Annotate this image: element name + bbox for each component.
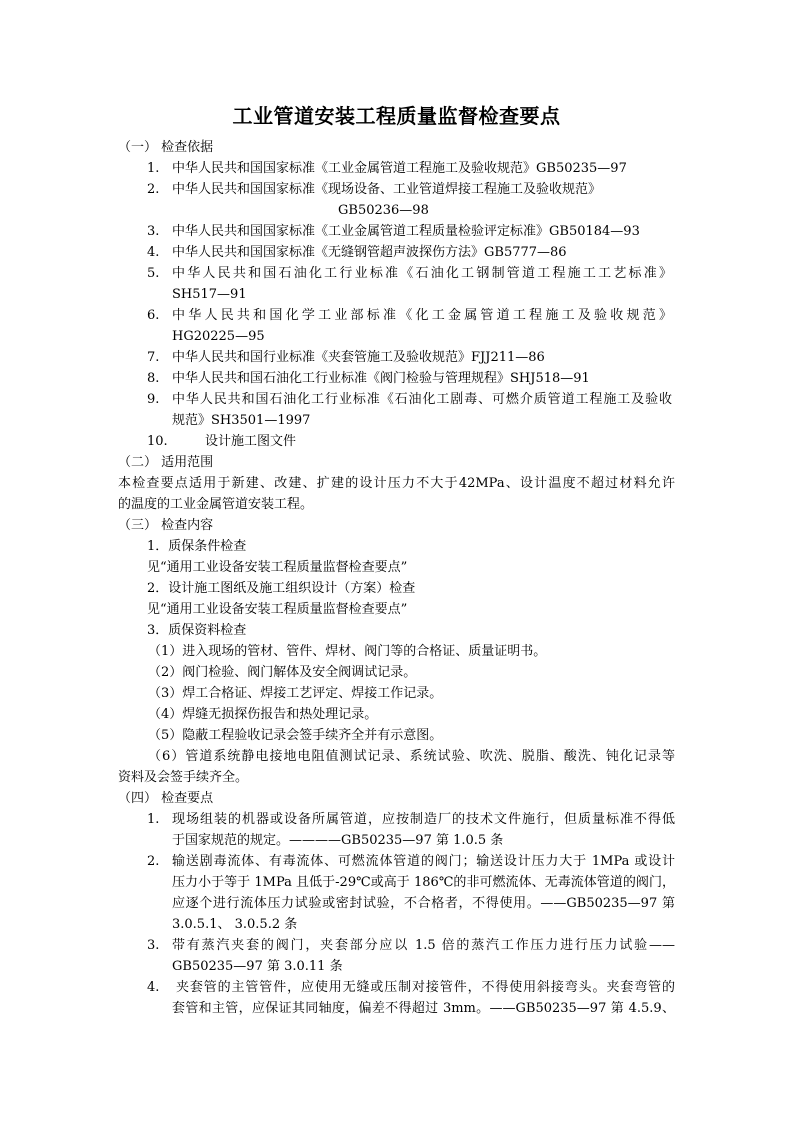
paragraph-line: 本检查要点适用于新建、改建、扩建的设计压力不大于42MPa、设计温度不超过材料允… <box>118 474 675 494</box>
list-item-number: 4. <box>147 243 159 263</box>
list-item-text: HG20225—95 <box>172 327 265 347</box>
list-item-text: GB50236—98 <box>338 201 429 221</box>
list-item-number: 3. <box>147 222 159 242</box>
reference-line: 见“通用工业设备安装工程质量监督检查要点” <box>147 558 407 578</box>
list-item-number: 9. <box>147 390 159 410</box>
list-item-text: 套管和主管，应保证其同轴度，偏差不得超过 3mm。——GB50235—97 第 … <box>172 999 675 1019</box>
list-item-text: 规范》SH3501—1997 <box>172 411 310 431</box>
list-item-text: 于国家规范的规定。————GB50235—97 第 1.0.5 条 <box>172 831 503 851</box>
list-item-number: 4. <box>147 978 159 998</box>
list-item-number: 3. <box>147 936 159 956</box>
list-item-number: 8. <box>147 369 159 389</box>
section-heading: （四） 检查要点 <box>118 789 213 809</box>
checklist-item: （5）隐蔽工程验收记录会签手续齐全并有示意图。 <box>148 726 442 746</box>
checklist-item: （2）阀门检验、阀门解体及安全阀调试记录。 <box>148 663 416 683</box>
list-item-text: 中华人民共和国国家标准《现场设备、工业管道焊接工程施工及验收规范》 <box>172 180 601 200</box>
list-item-text: 输送剧毒流体、有毒流体、可燃流体管道的阀门；输送设计压力大于 1MPa 或设计 <box>172 852 675 872</box>
list-item-number: 2. <box>147 852 159 872</box>
checklist-item: （1）进入现场的管材、管件、焊材、阀门等的合格证、质量证明书。 <box>148 642 546 662</box>
list-item-text: 中华人民共和国国家标准《无缝钢管超声波探伤方法》GB5777—86 <box>172 243 567 263</box>
list-item-text: 带有蒸汽夹套的阀门，夹套部分应以 1.5 倍的蒸汽工作压力进行压力试验—— <box>172 936 675 956</box>
section-heading: （二） 适用范围 <box>118 453 213 473</box>
list-item-text: 中华人民共和国石油化工行业标准《阀门检验与管理规程》SHJ518—91 <box>172 369 590 389</box>
section-heading: （一） 检查依据 <box>118 138 213 158</box>
list-item-text: 中华人民共和国国家标准《工业金属管道工程质量检验评定标准》GB50184—93 <box>172 222 640 242</box>
list-item-number: 6. <box>147 306 159 326</box>
list-item-text: 应逐个进行流体压力试验或密封试验，不合格者，不得使用。——GB50235—97 … <box>172 894 675 914</box>
subsection-heading: 3．质保资料检查 <box>147 621 246 641</box>
page-title: 工业管道安装工程质量监督检查要点 <box>0 100 793 129</box>
list-item-number: 1. <box>147 810 159 830</box>
list-item-text: GB50235—97 第 3.0.11 条 <box>172 957 343 977</box>
checklist-item: （4）焊缝无损探伤报告和热处理记录。 <box>148 705 377 725</box>
list-item-text: 中华人民共和国国家标准《工业金属管道工程施工及验收规范》GB50235—97 <box>172 159 627 179</box>
list-item-text: 现场组装的机器或设备所属管道，应按制造厂的技术文件施行，但质量标准不得低 <box>172 810 675 830</box>
list-item-text: 3.0.5.1、 3.0.5.2 条 <box>172 915 297 935</box>
list-item-text: 中华人民共和国石油化工行业标准《石油化工剧毒、可燃介质管道工程施工及验收 <box>172 390 672 410</box>
reference-line: 见“通用工业设备安装工程质量监督检查要点” <box>147 600 407 620</box>
subsection-heading: 1．质保条件检查 <box>147 537 246 557</box>
list-item-text: 夹套管的主管管件，应使用无缝或压制对接管件，不得使用斜接弯头。夹套弯管的 <box>176 978 675 998</box>
checklist-item: （3）焊工合格证、焊接工艺评定、焊接工作记录。 <box>148 684 442 704</box>
list-item-number: 7. <box>147 348 159 368</box>
list-item-text: 设计施工图文件 <box>205 432 296 452</box>
document-page: 工业管道安装工程质量监督检查要点 （一） 检查依据 1. 中华人民共和国国家标准… <box>0 0 793 1122</box>
list-item-number: 2. <box>147 180 159 200</box>
list-item-text: 压力小于等于 1MPa 且低于-29℃或高于 186℃的非可燃流体、无毒流体管道… <box>172 873 675 893</box>
list-item-number: 5. <box>147 264 159 284</box>
list-item-number: 10. <box>147 432 168 452</box>
list-item-text: 中华人民共和国化学工业部标准《化工金属管道工程施工及验收规范》 <box>172 306 672 326</box>
checklist-item: （6）管道系统静电接地电阻值测试记录、系统试验、吹洗、脱脂、酸洗、钝化记录等 <box>148 747 675 767</box>
paragraph-line: 的温度的工业金属管道安装工程。 <box>118 495 313 515</box>
list-item-number: 1. <box>147 159 159 179</box>
checklist-item-continuation: 资料及会签手续齐全。 <box>118 768 248 788</box>
list-item-text: 中华人民共和国石油化工行业标准《石油化工钢制管道工程施工工艺标准》 <box>172 264 672 284</box>
subsection-heading: 2．设计施工图纸及施工组织设计（方案）检查 <box>147 579 415 599</box>
section-heading: （三） 检查内容 <box>118 516 213 536</box>
list-item-text: SH517—91 <box>172 285 247 305</box>
list-item-text: 中华人民共和国行业标准《夹套管施工及验收规范》FJJ211—86 <box>172 348 545 368</box>
